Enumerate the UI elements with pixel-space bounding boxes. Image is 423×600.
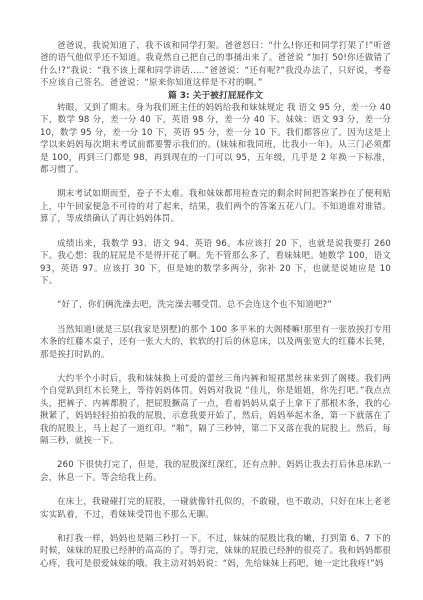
paragraph: 期末考试如期而至，卷子不太难。我和妹妹都用检查完的剩余时间把答案抄在了便利贴上，… bbox=[40, 188, 391, 225]
section-title: 篇 3: 关于被打屁屁作文 bbox=[40, 90, 391, 102]
paragraph: 转眼，又到了期末。身为我们班主任的妈妈给我和妹妹规定 我 语文 95 分，差一分… bbox=[40, 102, 391, 176]
paragraph: 当然知道!就是三层(我家是别墅)的那个 100 多平米的大阁楼嘛!那里有一张放挨… bbox=[40, 324, 391, 361]
paragraph: 260 下很快打完了，但是，我的屁股深红深红，还有点肿。妈妈让我去打后休息床趴一… bbox=[40, 459, 391, 484]
paragraph: 成绩出来，我数学 93、语文 94、英语 96。本应该打 20 下，也就是说我要… bbox=[40, 238, 391, 288]
paragraph: 和打我一样，妈妈也是隔三秒打一下。不过，妹妹的屁股比我的嫩，打到第 6、7 下的… bbox=[40, 533, 391, 570]
paragraph-lead: 爸爸说，我说知道了，我不该和同学打架。爸爸怒曰：“什么!你还和同学打架了!”听爸… bbox=[40, 40, 391, 90]
paragraph: 大约半个小时后，我和妹妹换上可爱的蕾丝三角内裤和短裙黑丝袜来到了阁楼。我们两个自… bbox=[40, 373, 391, 447]
paragraph: 在床上，我碰碰打完的屁股，一碰就像针孔似的，不敢碰，也不敢动，只好在床上老老实实… bbox=[40, 496, 391, 521]
paragraph: “好了，你们俩洗澡去吧，洗完澡去哪受罚。总不会连这个也不知道吧?” bbox=[40, 299, 391, 311]
document-page: 爸爸说，我说知道了，我不该和同学打架。爸爸怒曰：“什么!你还和同学打架了!”听爸… bbox=[0, 0, 423, 600]
